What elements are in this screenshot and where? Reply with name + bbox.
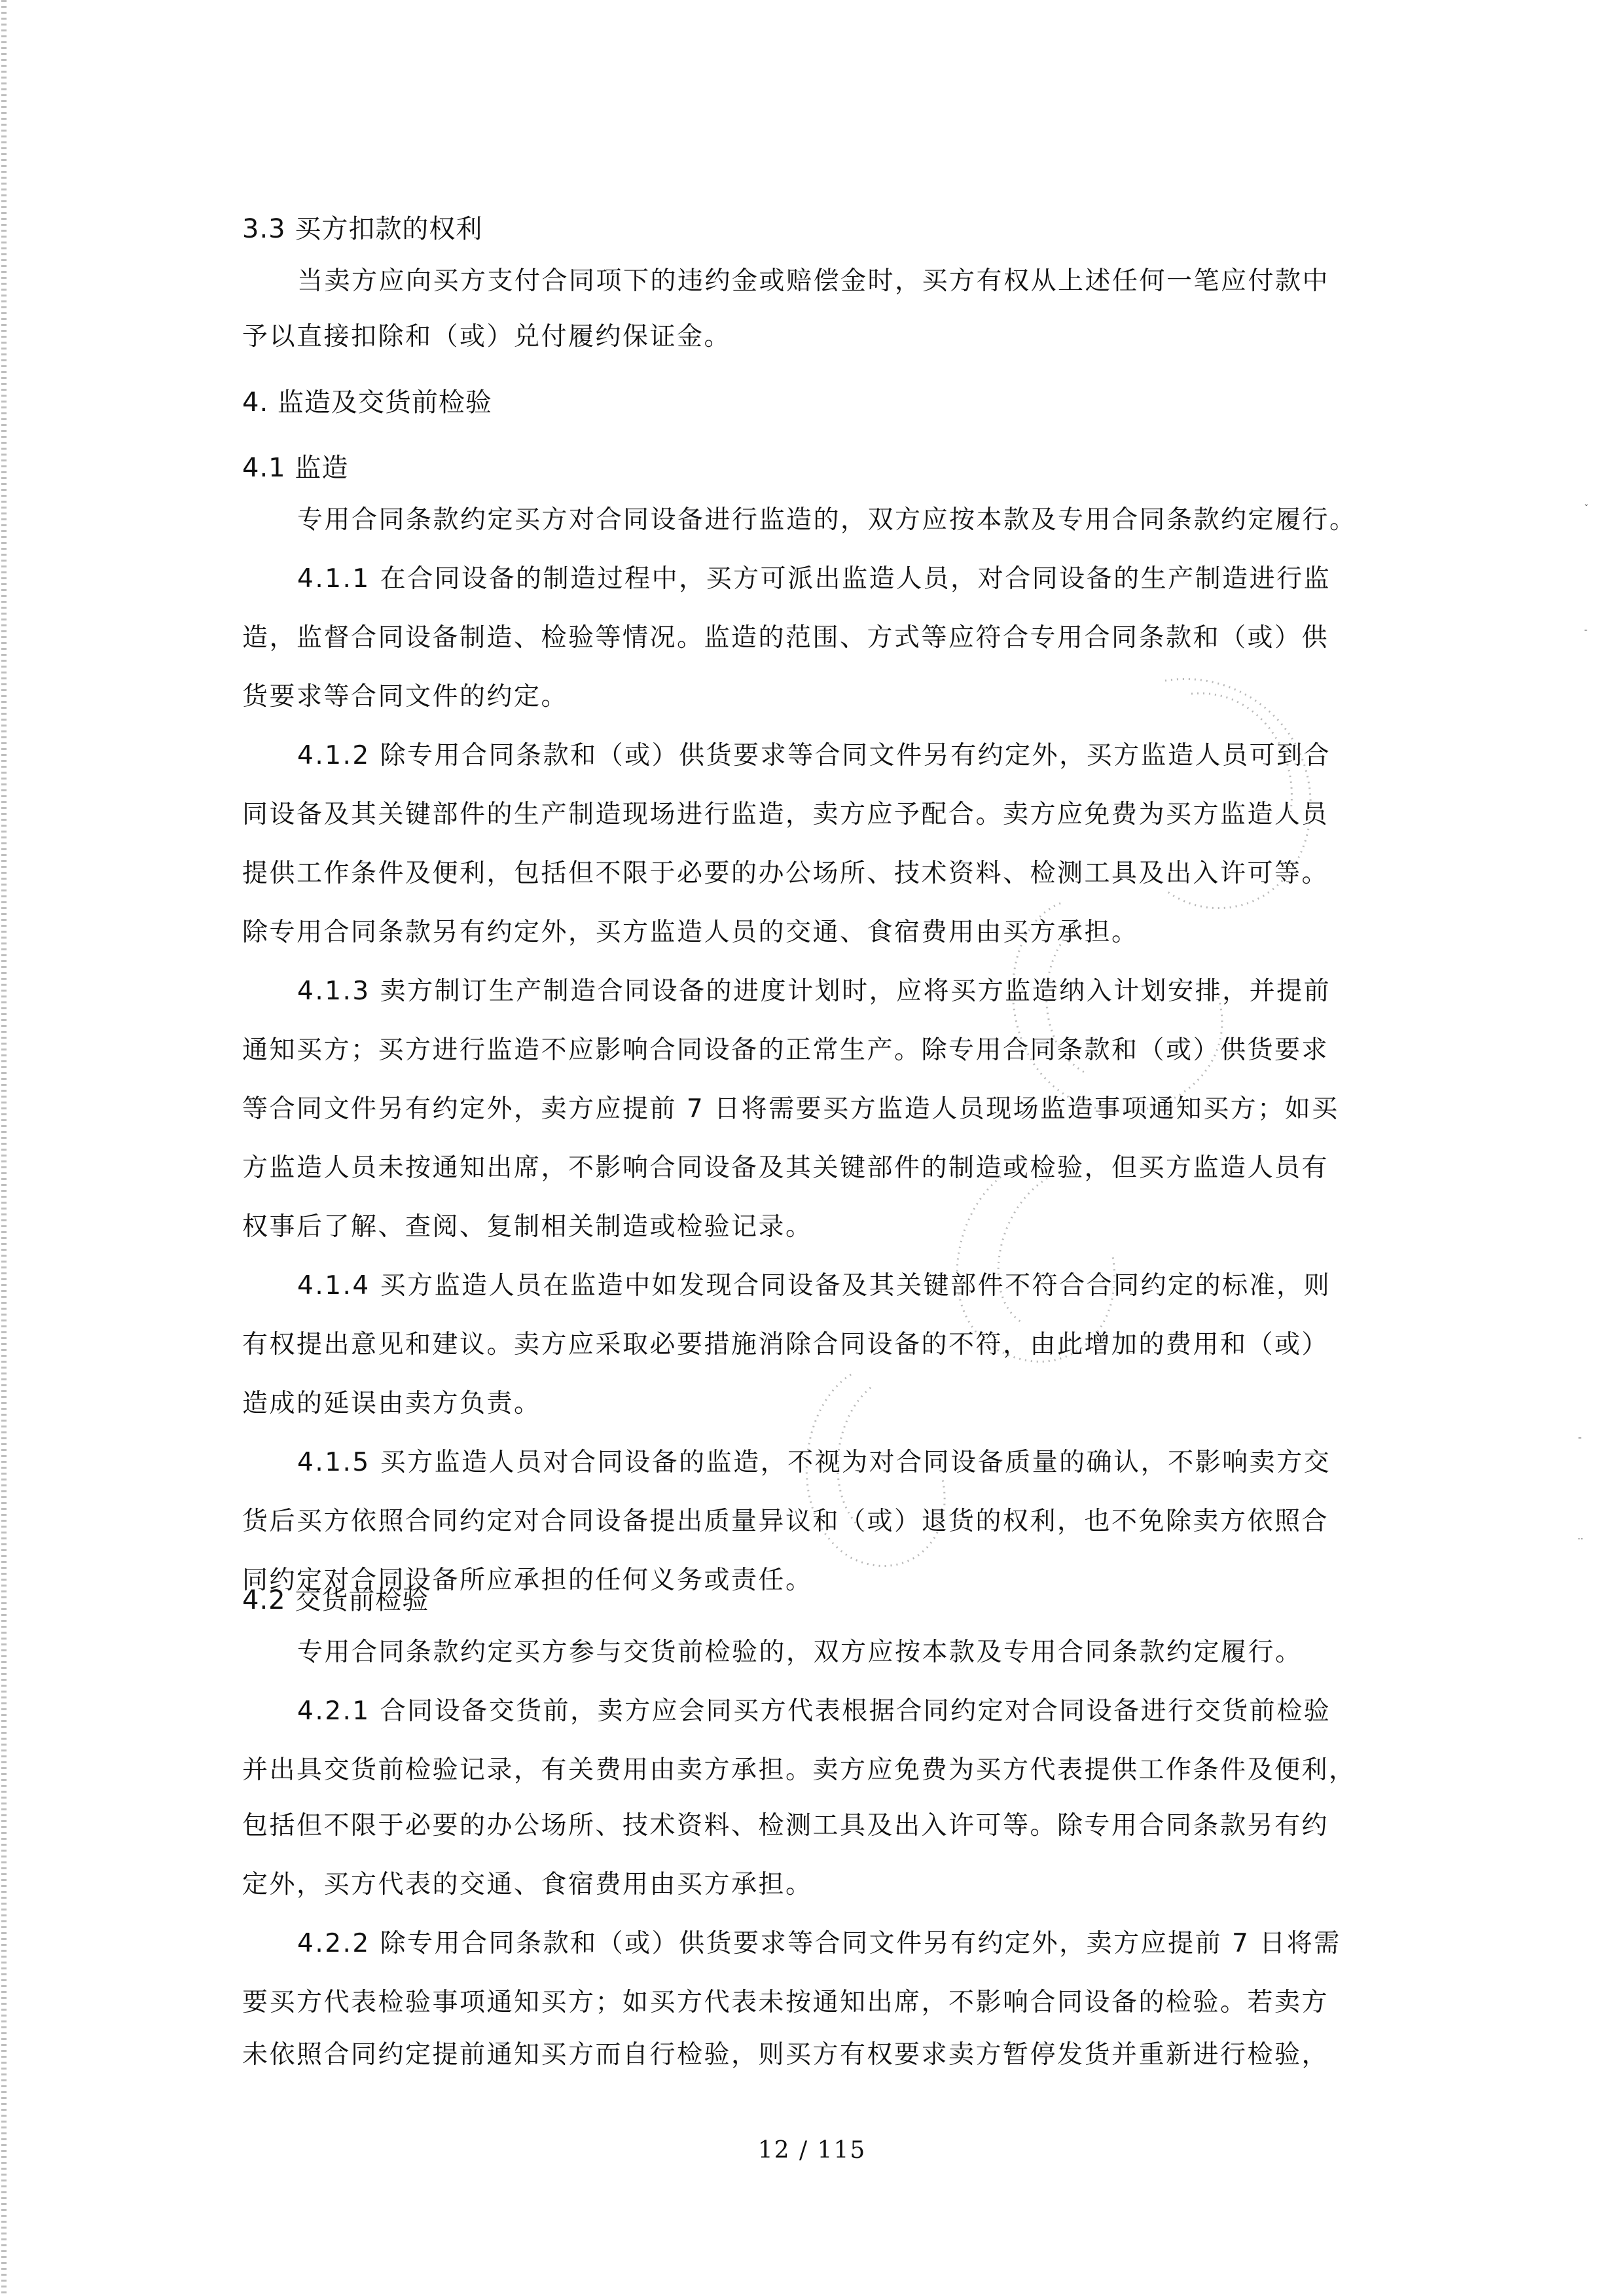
paragraph-line: 4.1.5 买方监造人员对合同设备的监造，不视为对合同设备质量的确认，不影响卖方… bbox=[297, 1447, 1331, 1479]
page-number: 12 / 115 bbox=[0, 2137, 1624, 2164]
paragraph-line: 予以直接扣除和（或）兑付履约保证金。 bbox=[242, 321, 731, 353]
paragraph-line: 4.1.3 卖方制订生产制造合同设备的进度计划时，应将买方监造纳入计划安排，并提… bbox=[297, 976, 1331, 1007]
paragraph-line: 造，监督合同设备制造、检验等情况。监造的范围、方式等应符合专用合同条款和（或）供 bbox=[242, 622, 1329, 654]
section-heading: 4.1 监造 bbox=[242, 452, 348, 484]
paragraph-line: 4.1.4 买方监造人员在监造中如发现合同设备及其关键部件不符合合同约定的标准，… bbox=[297, 1270, 1331, 1302]
scan-edge-artifact bbox=[1, 0, 7, 2296]
paragraph-line: 并出具交货前检验记录，有关费用由卖方承担。卖方应免费为买方代表提供工作条件及便利… bbox=[242, 1755, 1356, 1786]
section-heading: 3.3 买方扣款的权利 bbox=[242, 213, 482, 245]
paragraph-line: 通知买方；买方进行监造不应影响合同设备的正常生产。除专用合同条款和（或）供货要求 bbox=[242, 1035, 1329, 1066]
paragraph-line: 定外，买方代表的交通、食宿费用由买方承担。 bbox=[242, 1869, 813, 1901]
margin-mark: ˉ bbox=[1578, 1437, 1582, 1447]
paragraph-line: 有权提出意见和建议。卖方应采取必要措施消除合同设备的不符，由此增加的费用和（或） bbox=[242, 1329, 1329, 1361]
margin-mark: - bbox=[1584, 625, 1587, 636]
margin-mark: ˇ bbox=[1584, 504, 1589, 514]
paragraph-line: 4.1.2 除专用合同条款和（或）供货要求等合同文件另有约定外，买方监造人员可到… bbox=[297, 740, 1331, 772]
paragraph-line: 造成的延误由卖方负责。 bbox=[242, 1388, 541, 1420]
paragraph-line: 专用合同条款约定买方参与交货前检验的，双方应按本款及专用合同条款约定履行。 bbox=[297, 1637, 1303, 1668]
paragraph-line: 专用合同条款约定买方对合同设备进行监造的，双方应按本款及专用合同条款约定履行。 bbox=[297, 505, 1357, 536]
margin-mark: .. bbox=[1578, 1532, 1583, 1542]
paragraph-line: 提供工作条件及便利，包括但不限于必要的办公场所、技术资料、检测工具及出入许可等。 bbox=[242, 858, 1329, 889]
paragraph-line: 除专用合同条款另有约定外，买方监造人员的交通、食宿费用由买方承担。 bbox=[242, 917, 1139, 948]
paragraph-line: 4.2.2 除专用合同条款和（或）供货要求等合同文件另有约定外，卖方应提前 7 … bbox=[297, 1928, 1341, 1960]
paragraph-line: 4.1.1 在合同设备的制造过程中，买方可派出监造人员，对合同设备的生产制造进行… bbox=[297, 564, 1331, 595]
paragraph-line: 4.2.1 合同设备交货前，卖方应会同买方代表根据合同约定对合同设备进行交货前检… bbox=[297, 1696, 1331, 1727]
paragraph-line: 要买方代表检验事项通知买方；如买方代表未按通知出席，不影响合同设备的检验。若卖方 bbox=[242, 1987, 1329, 2018]
paragraph-line: 未依照合同约定提前通知买方而自行检验，则买方有权要求卖方暂停发货并重新进行检验， bbox=[242, 2039, 1329, 2071]
paragraph-line: 货后买方依照合同约定对合同设备提出质量异议和（或）退货的权利，也不免除卖方依照合 bbox=[242, 1506, 1329, 1537]
paragraph-line: 等合同文件另有约定外，卖方应提前 7 日将需要买方监造人员现场监造事项通知买方；… bbox=[242, 1094, 1339, 1125]
paragraph-line: 权事后了解、查阅、复制相关制造或检验记录。 bbox=[242, 1211, 813, 1243]
paragraph-line: 同设备及其关键部件的生产制造现场进行监造，卖方应予配合。卖方应免费为买方监造人员 bbox=[242, 799, 1329, 831]
section-heading: 4.2 交货前检验 bbox=[242, 1585, 429, 1616]
section-heading: 4. 监造及交货前检验 bbox=[242, 387, 492, 418]
paragraph-line: 货要求等合同文件的约定。 bbox=[242, 681, 568, 713]
paragraph-line: 当卖方应向买方支付合同项下的违约金或赔偿金时，买方有权从上述任何一笔应付款中 bbox=[297, 266, 1329, 297]
paragraph-line: 方监造人员未按通知出席，不影响合同设备及其关键部件的制造或检验，但买方监造人员有 bbox=[242, 1153, 1329, 1184]
paragraph-line: 包括但不限于必要的办公场所、技术资料、检测工具及出入许可等。除专用合同条款另有约 bbox=[242, 1810, 1329, 1842]
